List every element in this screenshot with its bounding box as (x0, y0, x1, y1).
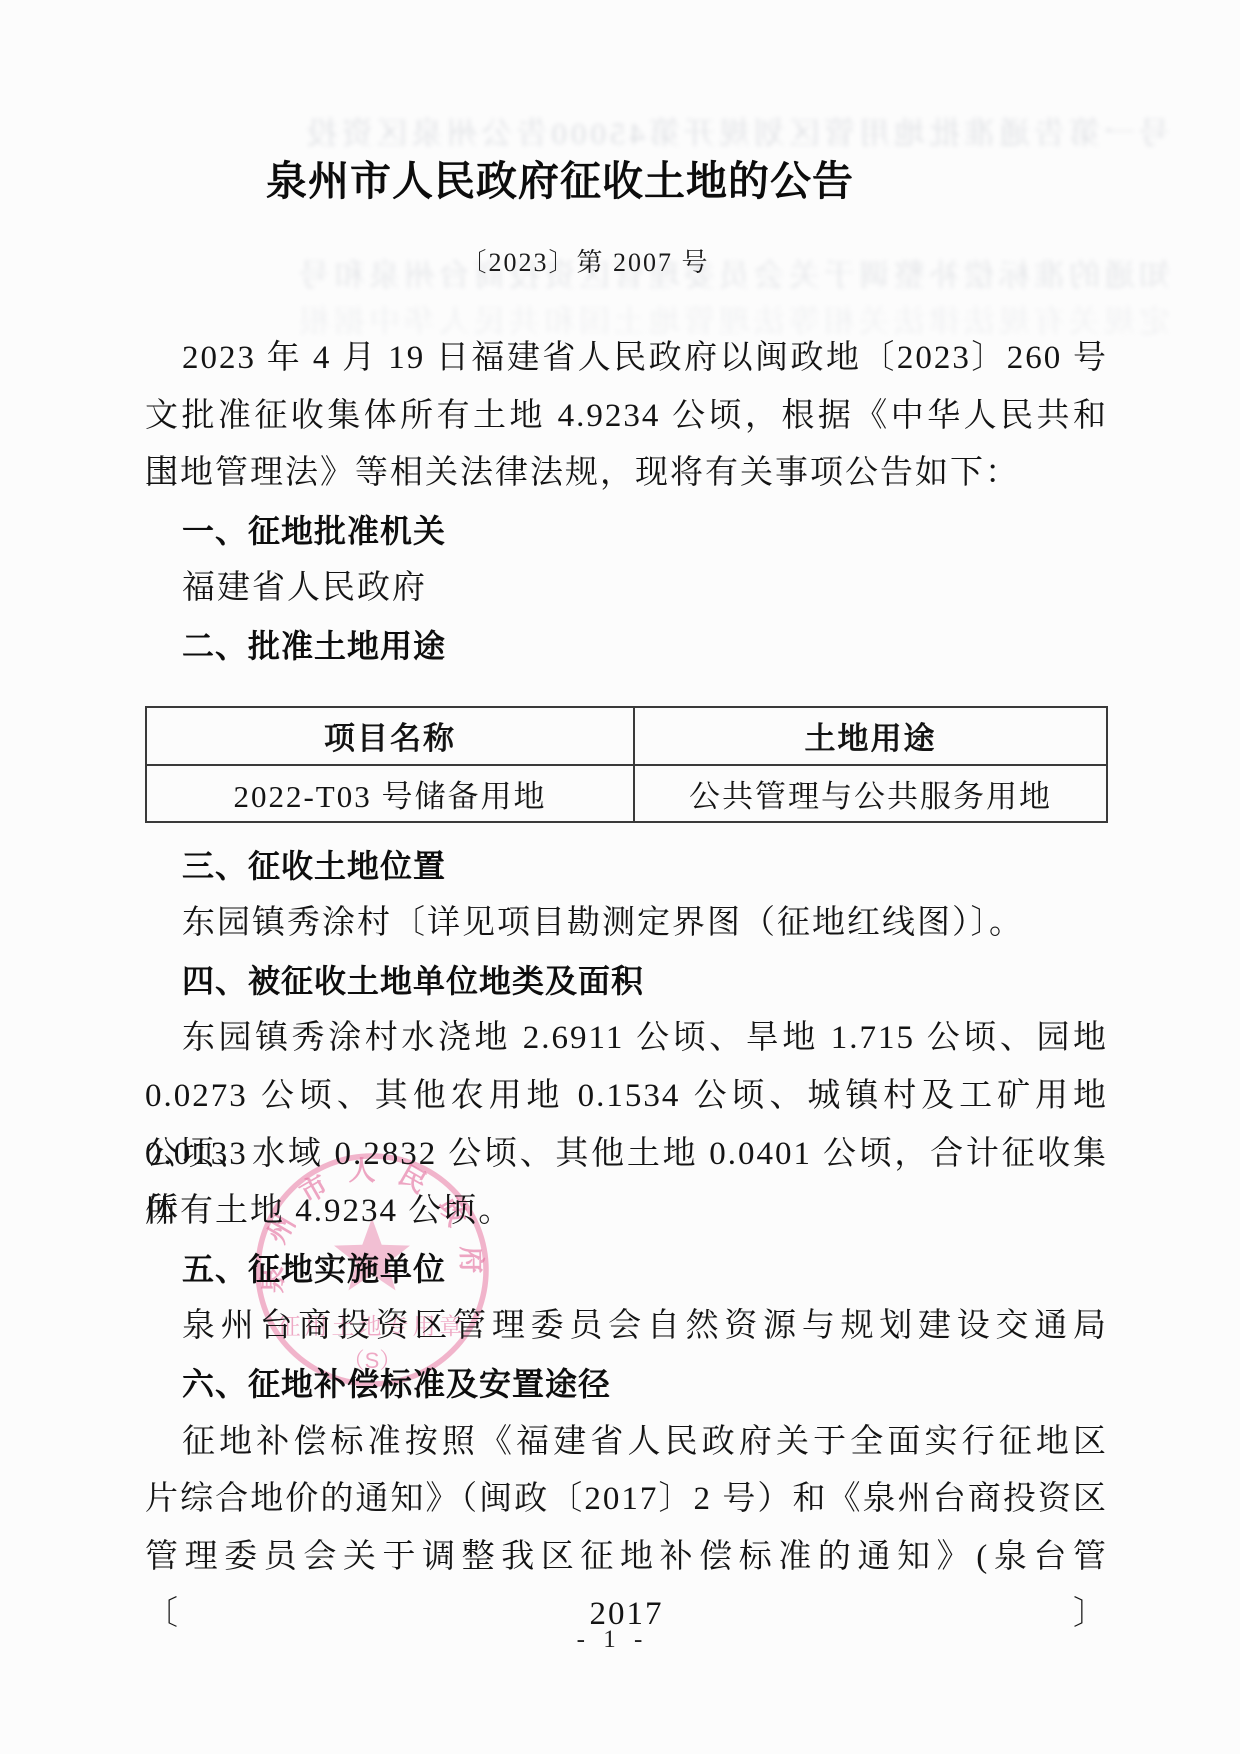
paragraph-line: 东园镇秀涂村水浇地 2.6911 公顷、旱地 1.715 公顷、园地 (145, 1010, 1108, 1068)
paragraph-line: 土地管理法》等相关法律法规，现将有关事项公告如下： (145, 445, 1108, 503)
paragraph-line: 2023 年 4 月 19 日福建省人民政府以闽政地〔2023〕260 号 (145, 330, 1108, 388)
paragraph-line: 公顷、水域 0.2832 公顷、其他土地 0.0401 公顷，合计征收集体 (145, 1126, 1108, 1184)
paragraph-line: 片综合地价的通知》（闽政〔2017〕2 号）和《泉州台商投资区 (145, 1471, 1108, 1529)
document-number: 〔2023〕第 2007 号 (145, 242, 1025, 279)
table-cell-land-use: 公共管理与公共服务用地 (634, 765, 1107, 822)
page-number: - 1 - (145, 1626, 1080, 1654)
paragraph-line: 0.0273 公顷、其他农用地 0.1534 公顷、城镇村及工矿用地 0.013… (145, 1068, 1108, 1126)
table-header-project-name: 项目名称 (146, 707, 634, 765)
table-header-row: 项目名称 土地用途 (146, 707, 1107, 765)
table-row: 2022-T03 号储备用地 公共管理与公共服务用地 (146, 765, 1107, 822)
section-1-body: 福建省人民政府 (145, 560, 1108, 618)
bleed-through-line: 号一第告通准批地用管区划规开第45000告公州泉区资投 (140, 108, 1170, 148)
section-heading-2: 二、批准土地用途 (145, 618, 1108, 676)
table-header-land-use: 土地用途 (634, 707, 1107, 765)
section-heading-5: 五、征地实施单位 (145, 1241, 1108, 1299)
section-heading-1: 一、征地批准机关 (145, 503, 1108, 561)
paragraph-line: 管理委员会关于调整我区征地补偿标准的通知》(泉台管〔2017〕 (145, 1529, 1108, 1587)
document-body: 2023 年 4 月 19 日福建省人民政府以闽政地〔2023〕260 号 文批… (145, 330, 1108, 1586)
table-cell-project-name: 2022-T03 号储备用地 (146, 765, 634, 822)
paragraph-line: 征地补偿标准按照《福建省人民政府关于全面实行征地区 (145, 1414, 1108, 1472)
section-heading-6: 六、征地补偿标准及安置途径 (145, 1356, 1108, 1414)
section-heading-3: 三、征收土地位置 (145, 838, 1108, 896)
title-block: 泉州市人民政府征收土地的公告 (145, 150, 975, 212)
document-title: 泉州市人民政府征收土地的公告 (145, 150, 975, 212)
paragraph-line: 所有土地 4.9234 公顷。 (145, 1183, 1108, 1241)
paragraph-line: 文批准征收集体所有土地 4.9234 公顷，根据《中华人民共和国 (145, 388, 1108, 446)
section-heading-4: 四、被征收土地单位地类及面积 (145, 953, 1108, 1011)
scanned-document-page: 号一第告通准批地用管区划规开第45000告公州泉区资投 知通的准标偿补整调于关会… (0, 0, 1240, 1754)
section-5-body: 泉州台商投资区管理委员会自然资源与规划建设交通局 (145, 1298, 1108, 1356)
section-3-body: 东园镇秀涂村〔详见项目勘测定界图（征地红线图）〕。 (145, 895, 1108, 953)
land-use-table: 项目名称 土地用途 2022-T03 号储备用地 公共管理与公共服务用地 (145, 706, 1108, 823)
